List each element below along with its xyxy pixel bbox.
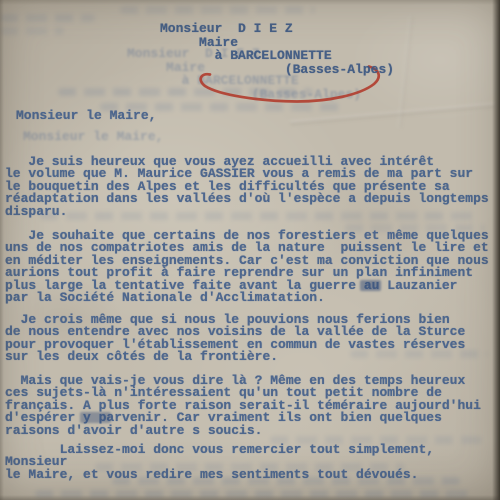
paper-crease [398, 16, 413, 128]
photo-edge-left [0, 0, 4, 500]
overstrike-blot [360, 280, 381, 291]
recipient-block: Monsieur D I E Z Maire à BARCELONNETTE (… [160, 22, 394, 76]
photo-edge-bottom [0, 495, 500, 500]
paragraph-5: Laissez-moi donc vous remercier tout sim… [5, 444, 500, 481]
bleedthrough-smudge [120, 6, 315, 14]
letter-photo: Monsieur D I E Z Maire à BARCELONNETTE (… [0, 0, 500, 500]
paragraph-1: Je suis heureux que vous ayez accueilli … [5, 156, 489, 218]
photo-edge-right [492, 0, 500, 500]
ghost-salutation-echo: Monsieur le Maire, [23, 131, 163, 143]
bleedthrough-smudge [0, 27, 64, 35]
paragraph-4: Mais que vais-je vous dire là ? Même en … [5, 375, 481, 437]
paper-crease [290, 103, 495, 125]
bleedthrough-smudge [35, 490, 470, 498]
paragraph-2: Je souhaite que certains de nos forestie… [5, 230, 489, 304]
paragraph-3: Je crois même que si nous le pouvions no… [5, 314, 465, 364]
bleedthrough-smudge [0, 14, 95, 22]
salutation: Monsieur le Maire, [16, 110, 156, 122]
photo-edge-top [0, 0, 500, 5]
overstrike-blot [80, 412, 111, 423]
